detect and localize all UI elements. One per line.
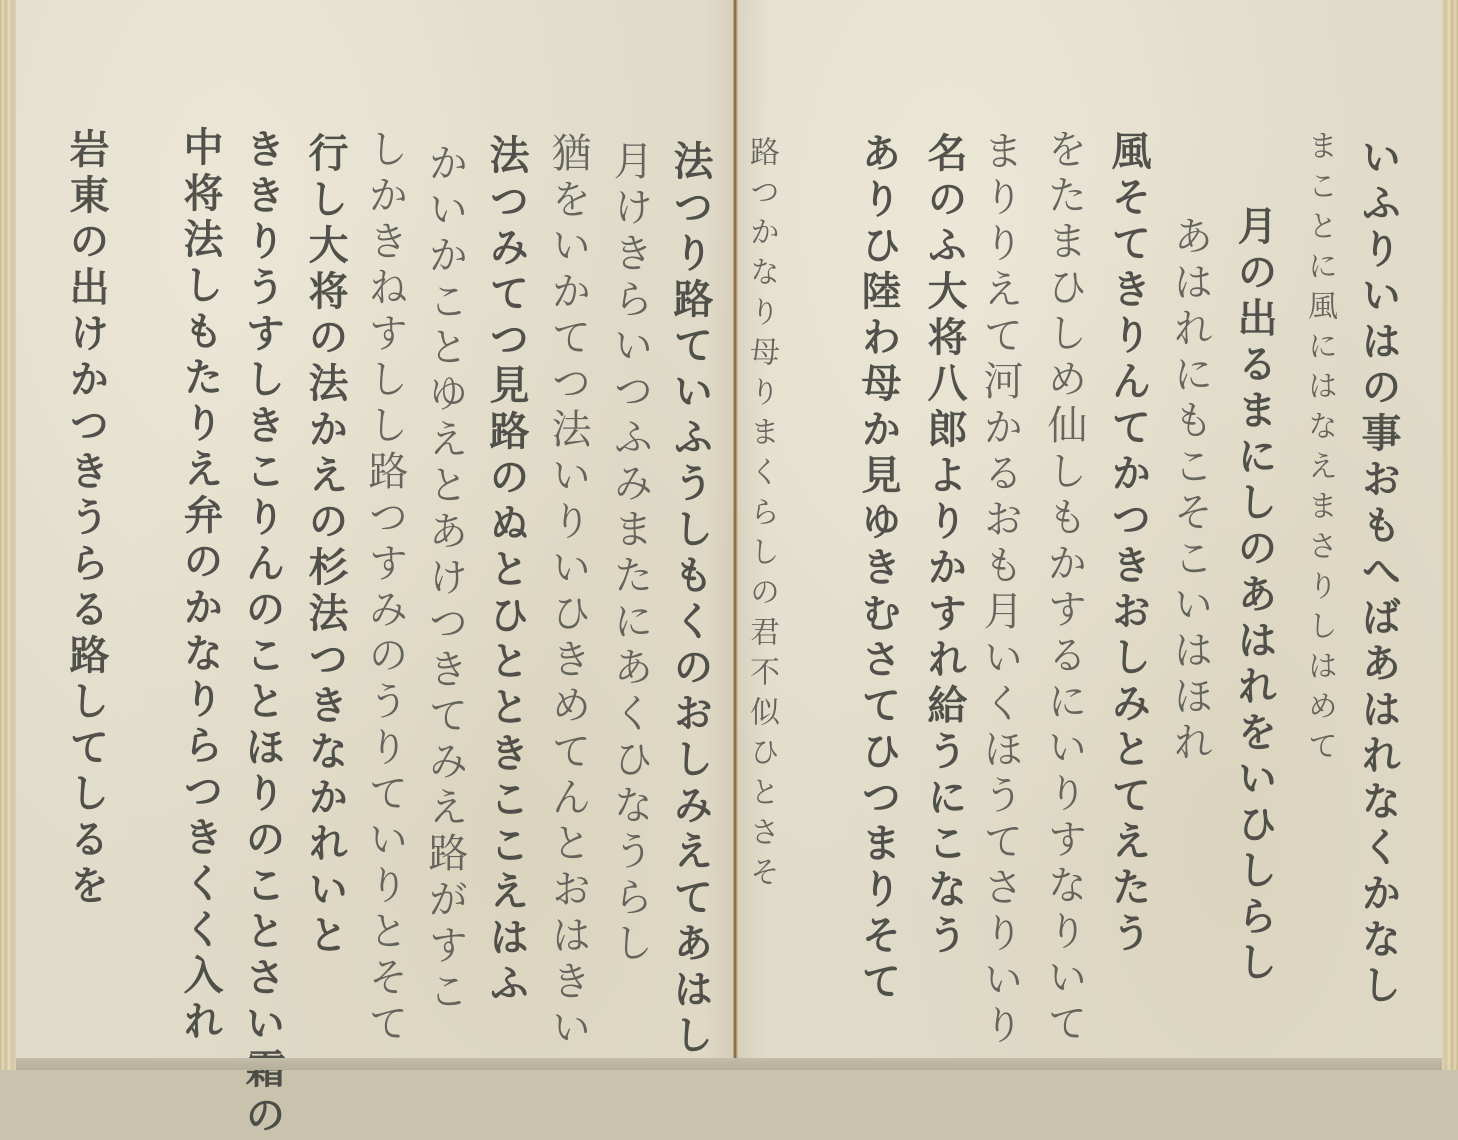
right-page-edge-binding [1442, 0, 1458, 1070]
left-page-column-8: ききりうすしきこりんのことほりのことさい霜の [242, 128, 282, 1070]
left-page-column-7: 行し大将の法かえの杉法つきなかれいと [305, 132, 345, 960]
right-page-column-5: 風そてきりんてかつきおしみとてえたう [1108, 130, 1148, 958]
right-page-column-4: あはれにもこそこいはほれ [1170, 215, 1210, 767]
left-page: 法つり路ていふうしもくのおしみえてあはし 月けきらいつふみまたにあくひなうらし … [16, 0, 734, 1058]
page-bottom-edge [16, 1058, 1442, 1070]
left-page-column-3: 猶をいかてつ法いりいひきめてんとおはきい [548, 132, 588, 1052]
right-page: いふりいはの事おもへばあはれなくかなし まことに風にはなえまさりしはめて 月の出… [738, 0, 1442, 1058]
left-page-column-10: 岩東の出けかつきうらる路してしるを [66, 128, 106, 910]
right-page-column-7: まりりえて河かるおも月いくほうてさりいり [980, 130, 1020, 1050]
left-page-edge-binding [0, 0, 16, 1070]
left-page-column-1: 法つり路ていふうしもくのおしみえてあはし [670, 140, 710, 1060]
right-page-column-8: 名のふ大将八郎よりかすれ給うにこなう [924, 132, 964, 960]
left-page-column-4: 法つみてつ見路のぬとひとときここえはふ [486, 134, 526, 1008]
right-page-column-3: 月の出るまにしのあはれをいひしらし [1234, 205, 1274, 987]
right-page-column-2: まことに風にはなえまさりしはめて [1304, 130, 1334, 770]
left-page-column-2: 月けきらいつふみまたにあくひなうらし [610, 140, 650, 968]
right-page-column-1: いふりいはの事おもへばあはれなくかなし [1358, 136, 1398, 1010]
right-page-column-10: 路つかなり母りまくらしの君不似ひとさそ [746, 136, 776, 896]
left-page-column-9: 中将法しもたりえ弁のかなりらつきくく入れ [180, 126, 220, 1046]
left-page-column-6: しかきねすしし路つすみのうりていりとそて [365, 128, 405, 1048]
right-page-column-6: をたまひしめ仙しもかするにいりすなりいて [1044, 128, 1084, 1048]
right-page-column-9: ありひ陸わ母か見ゆきむさてひつまりそて [858, 132, 898, 1006]
book-spread: 法つり路ていふうしもくのおしみえてあはし 月けきらいつふみまたにあくひなうらし … [0, 0, 1458, 1070]
left-page-column-5: かいかことゆえとあけつきてみえ路がすこ [425, 142, 465, 1016]
